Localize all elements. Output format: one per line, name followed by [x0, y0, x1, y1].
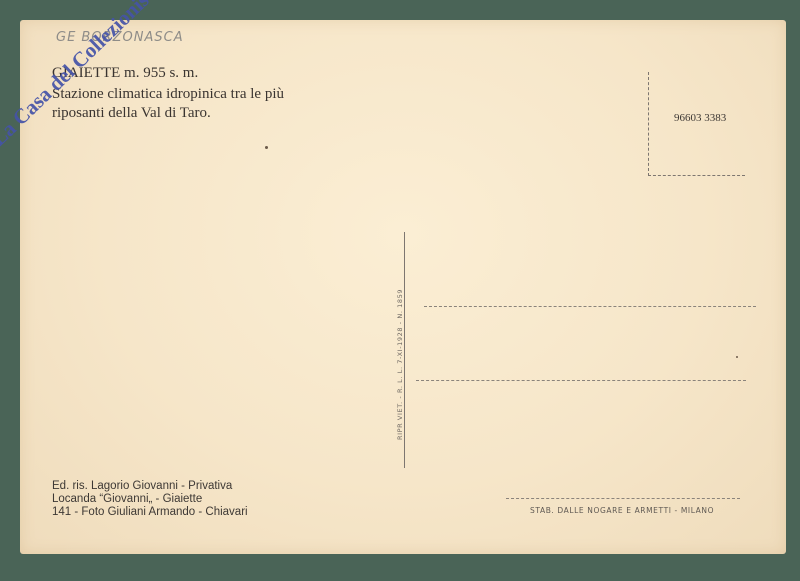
publisher-info: Ed. ris. Lagorio Giovanni - Privativa Lo…	[52, 480, 248, 519]
postcard-back: GE BORZONASCA GIAIETTE m. 955 s. m. Staz…	[20, 20, 786, 554]
publisher-line-1: Ed. ris. Lagorio Giovanni - Privativa	[52, 480, 248, 493]
publisher-line-2: Locanda “Giovanni„ - Giaiette	[52, 493, 248, 506]
caption-line-1: Stazione climatica idropinica tra le più	[52, 86, 284, 103]
ink-speck	[736, 356, 738, 358]
publisher-line-3: 141 - Foto Giuliani Armando - Chiavari	[52, 506, 248, 519]
address-line-3	[506, 498, 740, 499]
ink-speck	[265, 146, 268, 149]
stamp-box-code: 96603 3383	[674, 112, 726, 124]
stamp-box	[648, 72, 745, 176]
center-divider	[404, 232, 405, 468]
vertical-imprint: RIPR VIET. - R. L. L. 7-XI-1928 - N. 185…	[396, 289, 404, 440]
address-line-2	[416, 380, 746, 381]
printer-imprint: STAB. DALLE NOGARE E ARMETTI - MILANO	[530, 506, 714, 515]
address-line-1	[424, 306, 756, 307]
caption-line-2: riposanti della Val di Taro.	[52, 105, 211, 122]
